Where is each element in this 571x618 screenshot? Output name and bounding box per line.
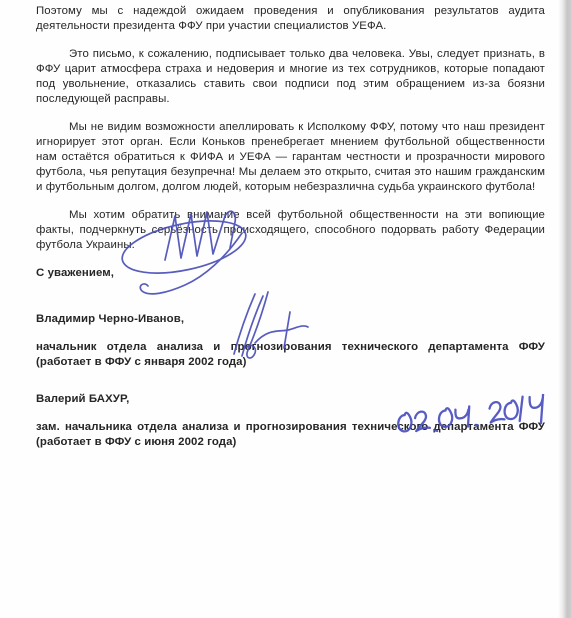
letter-body: Поэтому мы с надеждой ожидаем проведения…: [36, 4, 545, 463]
signatory-block-1: Владимир Черно-Иванов, начальник отдела …: [36, 312, 545, 370]
paragraph-audit: Поэтому мы с надеждой ожидаем проведения…: [36, 4, 545, 34]
paragraph-fifa-uefa: Мы не видим возможности апеллировать к И…: [36, 120, 545, 195]
signatory-2-title: зам. начальника отдела анализа и прогноз…: [36, 420, 545, 450]
closing-salutation: С уважением,: [36, 266, 545, 281]
signatory-2-name: Валерий БАХУР,: [36, 392, 545, 407]
scanned-letter-page: Поэтому мы с надеждой ожидаем проведения…: [0, 0, 571, 618]
scan-edge-shadow: [558, 0, 571, 618]
paragraph-two-signers: Это письмо, к сожалению, подписывает тол…: [36, 47, 545, 107]
signatory-1-title: начальник отдела анализа и прогнозирован…: [36, 340, 545, 370]
signatory-1-name: Владимир Черно-Иванов,: [36, 312, 545, 327]
paragraph-appeal: Мы хотим обратить внимание всей футбольн…: [36, 208, 545, 253]
signatory-block-2: Валерий БАХУР, зам. начальника отдела ан…: [36, 392, 545, 450]
